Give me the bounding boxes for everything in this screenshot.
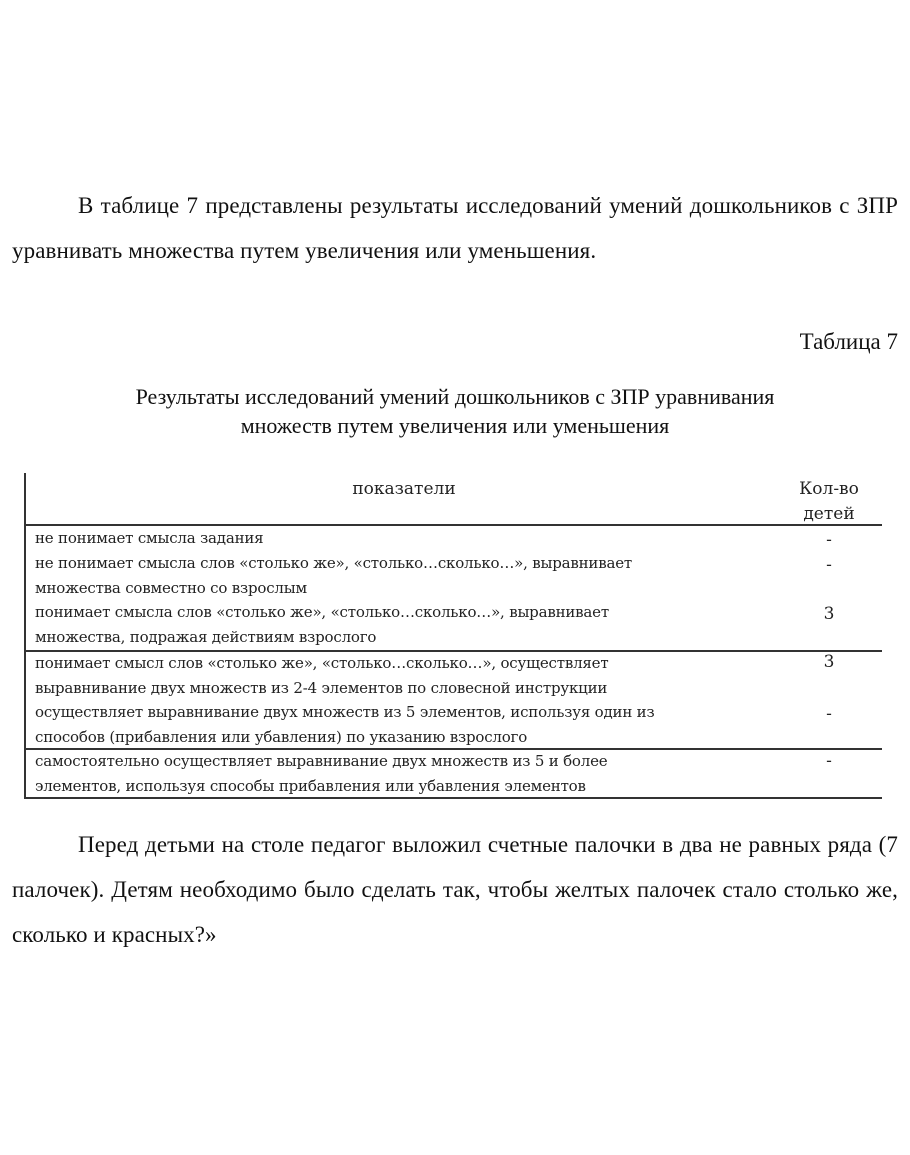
- table-left-border: [24, 473, 26, 799]
- intro-paragraph: В таблице 7 представлены результаты иссл…: [12, 183, 898, 273]
- indicator-cell: самостоятельно осуществляет выравнивание…: [35, 749, 765, 798]
- count-cell: -: [784, 749, 874, 773]
- indicator-cell: осуществляет выравнивание двух множеств …: [35, 700, 765, 749]
- count-cell: -: [784, 528, 874, 552]
- table-bottom-border: [24, 797, 882, 799]
- count-cell: 3: [784, 602, 874, 626]
- indicator-line: самостоятельно осуществляет выравнивание…: [35, 749, 765, 774]
- table-caption-line: Результаты исследований умений дошкольни…: [0, 382, 910, 411]
- indicator-cell: понимает смысла слов «столько же», «стол…: [35, 600, 765, 649]
- indicator-line: способов (прибавления или убавления) по …: [35, 725, 765, 750]
- table-number-label: Таблица 7: [800, 327, 898, 357]
- indicator-cell: не понимает смысла задания: [35, 526, 765, 551]
- indicator-line: выравнивание двух множеств из 2-4 элемен…: [35, 676, 765, 701]
- indicator-line: не понимает смысла слов «столько же», «с…: [35, 551, 765, 576]
- indicator-line: элементов, используя способы прибавления…: [35, 774, 765, 799]
- count-cell: -: [784, 702, 874, 726]
- header-children-count: Кол-во детей: [784, 477, 874, 527]
- indicator-cell: понимает смысл слов «столько же», «столь…: [35, 651, 765, 700]
- count-cell: 3: [784, 650, 874, 674]
- indicator-line: множества, подражая действиям взрослого: [35, 625, 765, 650]
- indicator-line: понимает смысла слов «столько же», «стол…: [35, 600, 765, 625]
- indicator-line: понимает смысл слов «столько же», «столь…: [35, 651, 765, 676]
- count-cell: -: [784, 553, 874, 577]
- table-caption: Результаты исследований умений дошкольни…: [0, 382, 910, 440]
- indicator-line: не понимает смысла задания: [35, 526, 765, 551]
- indicator-line: множества совместно со взрослым: [35, 576, 765, 601]
- header-indicators: показатели: [24, 477, 784, 501]
- indicator-line: осуществляет выравнивание двух множеств …: [35, 700, 765, 725]
- table-caption-line: множеств путем увеличения или уменьшения: [0, 411, 910, 440]
- indicator-cell: не понимает смысла слов «столько же», «с…: [35, 551, 765, 600]
- outro-paragraph: Перед детьми на столе педагог выложил сч…: [12, 822, 898, 957]
- header-count-line: Кол-во: [784, 477, 874, 502]
